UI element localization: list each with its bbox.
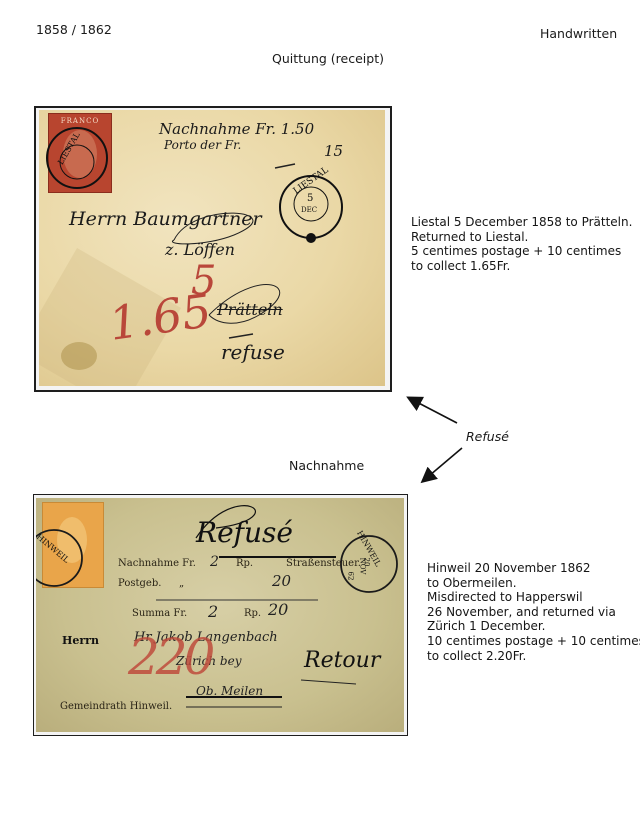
cover2-image: HINWEIL HINWEIL 20 NOV 62 Nachnahme Fr. … — [36, 498, 404, 732]
form-postgeb-mark: „ — [179, 578, 184, 589]
cover1-destination: Prätteln — [217, 300, 283, 319]
caption-line: Liestal 5 December 1858 to Prätteln. — [411, 215, 632, 230]
cover1-caption: Liestal 5 December 1858 to Prätteln. Ret… — [411, 215, 632, 273]
form-rp-label: Rp. — [236, 558, 253, 569]
caption-line: Misdirected to Happerswil — [427, 590, 640, 605]
cover1-postmark-day: 5 — [307, 193, 313, 204]
caption-line: to collect 1.65Fr. — [411, 259, 632, 274]
caption-line: to collect 2.20Fr. — [427, 649, 640, 664]
form-summa-rp: 20 — [268, 600, 288, 619]
cover2-red-amount: 220 — [128, 628, 211, 686]
arrow-label: Refusé — [466, 429, 509, 444]
form-nachnahme-fr: 2 — [210, 554, 219, 570]
cover2-caption: Hinweil 20 November 1862 to Obermeilen. … — [427, 561, 640, 663]
cover1-porto-value: 15 — [324, 142, 343, 160]
cover1-red-digit: 5 — [191, 258, 216, 304]
cover2-refused: Refusé — [196, 516, 293, 549]
caption-line: 5 centimes postage + 10 centimes — [411, 244, 632, 259]
form-postgeb-label: Postgeb. — [118, 578, 161, 589]
section2-title: Nachnahme — [289, 458, 364, 473]
form-strassen-label: Straßensteuer. — [286, 558, 361, 569]
form-herrn-label: Herrn — [62, 634, 99, 647]
caption-line: 10 centimes postage + 10 centimes — [427, 634, 640, 649]
form-nachnahme-label: Nachnahme Fr. — [118, 558, 196, 569]
cover1-postmark-month: DEC — [301, 206, 317, 214]
cover2-destination: Ob. Meilen — [196, 684, 263, 698]
page-category: Handwritten — [540, 26, 617, 41]
caption-line: Hinweil 20 November 1862 — [427, 561, 640, 576]
caption-line: Returned to Liestal. — [411, 230, 632, 245]
cover1-nachnahme-line: Nachnahme Fr. 1.50 — [159, 120, 314, 138]
cover2-retour: Retour — [304, 648, 380, 673]
page-years: 1858 / 1862 — [36, 22, 112, 37]
form-sender-label: Gemeindrath Hinweil. — [60, 701, 172, 712]
cover1-addressee: Herrn Baumgartner — [69, 208, 262, 230]
cover1-addressee-line2: z. Löffen — [165, 240, 235, 259]
section1-title: Quittung (receipt) — [272, 51, 384, 66]
form-postgeb-value: 20 — [272, 572, 291, 590]
form-summa-label: Summa Fr. — [132, 608, 187, 619]
cover1-porto-line: Porto der Fr. — [164, 138, 241, 152]
cover2-postmark-year: 62 — [346, 572, 354, 581]
arrow-down — [423, 448, 462, 481]
cover1-refuse: refuse — [221, 340, 285, 364]
caption-line: Zürich 1 December. — [427, 619, 640, 634]
arrow-up — [409, 398, 457, 423]
cover1-image: FRANCO LIESTAL LIESTAL 5 DEC Nachnahme F… — [39, 110, 385, 386]
form-summa-fr: 2 — [208, 602, 218, 621]
form-summa-rp-label: Rp. — [244, 608, 261, 619]
caption-line: to Obermeilen. — [427, 576, 640, 591]
caption-line: 26 November, and returned via — [427, 605, 640, 620]
